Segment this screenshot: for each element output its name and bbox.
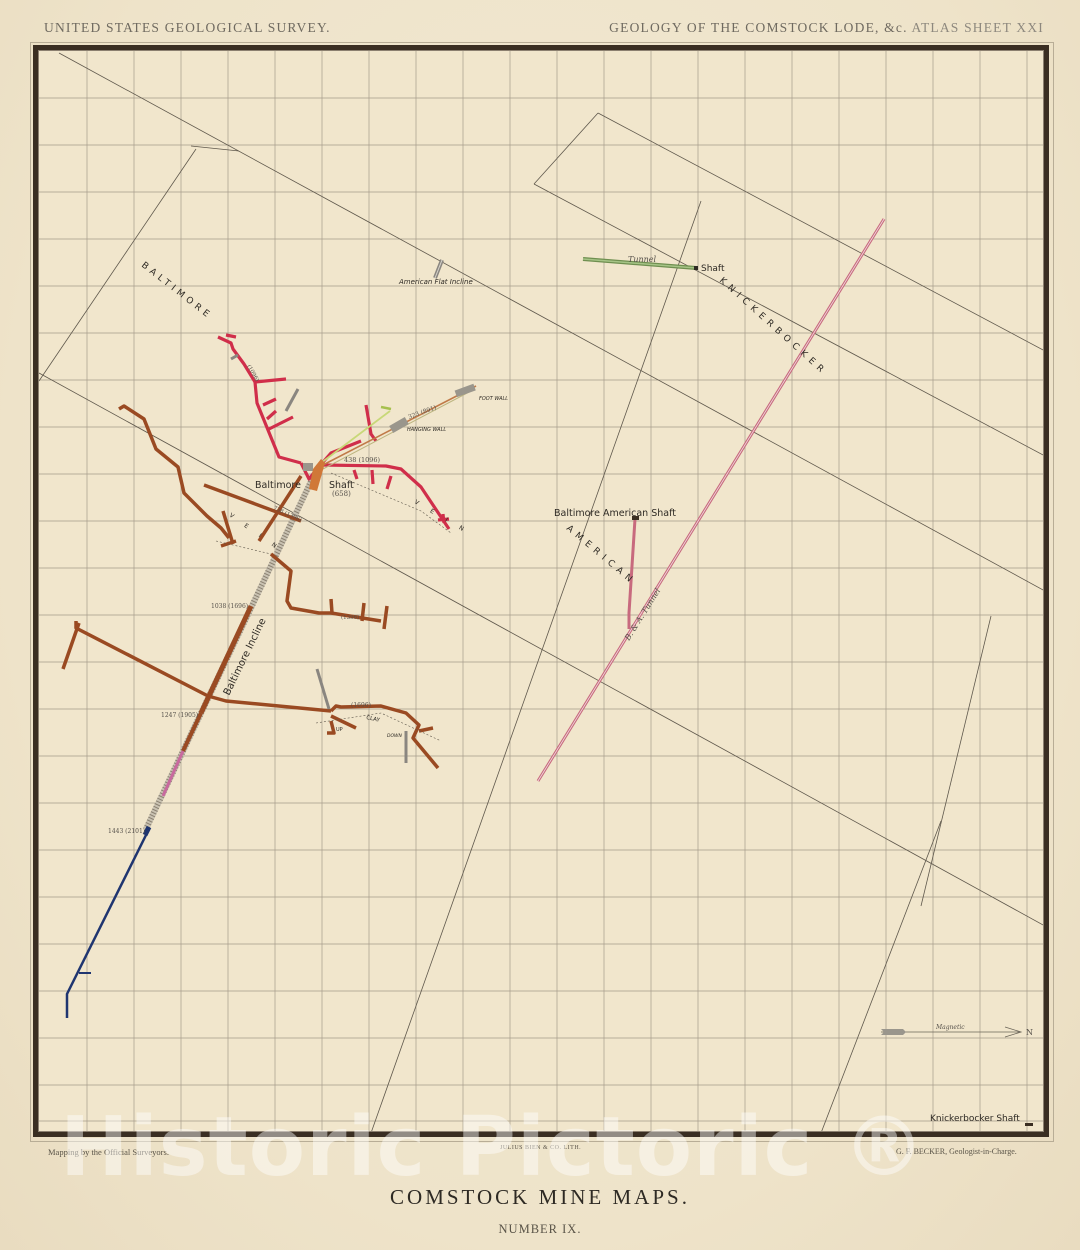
foot-wall-label: FOOT WALL [479,396,508,402]
header-atlas: GEOLOGY OF THE COMSTOCK LODE, &c. ATLAS … [609,20,1044,36]
map-area: Magnetic N B. & A. Tunnel Tunnel Shaft A… [38,50,1044,1132]
mine-map: Magnetic N B. & A. Tunnel Tunnel Shaft A… [39,51,1044,1132]
footer-geologist: G. F. BECKER, Geologist-in-Charge. [896,1147,1017,1156]
hanging-wall-label: HANGING WALL [407,427,446,433]
shaft-label: Shaft [701,264,725,274]
footer-mapping-credit: Mapping by the Official Surveyors. [48,1147,169,1157]
depth-label-323: 323 (891) [407,404,437,421]
map-labels: BALTIMORE KNICKERBOCKER AMERICAN Baltimo… [108,260,1033,1126]
depth-label-1247: 1247 (1905) [161,712,198,719]
map-number: NUMBER IX. [0,1222,1080,1237]
upper-drifts [303,384,476,491]
depth-label-1396: (1396) [341,614,359,621]
knickerbocker-shaft-icon [1025,1123,1033,1126]
depth-label-1696: (1696) [351,702,371,709]
header-geology-title: GEOLOGY OF THE COMSTOCK LODE, &c. [609,20,907,35]
magnetic-north-arrow: Magnetic N [881,1024,1033,1037]
header-survey: UNITED STATES GEOLOGICAL SURVEY. [44,20,331,36]
clay-label: CLAY [366,715,381,724]
winzes [231,355,406,763]
baltimore-shaft-label-1: Baltimore [255,480,301,491]
map-title: COMSTOCK MINE MAPS. [0,1185,1080,1210]
magnetic-label: Magnetic [935,1024,965,1031]
footer-lithographer: JULIUS BIEN & CO. LITH. [500,1145,581,1151]
header-sheet-number: ATLAS SHEET XXI [912,20,1045,35]
ba-tunnel: B. & A. Tunnel [538,219,884,781]
baltimore-claim-label: BALTIMORE [139,260,214,321]
baltimore-incline: Baltimore Incline [146,471,316,829]
baltimore-american-shaft-label: Baltimore American Shaft [554,508,676,519]
up-label: UP [336,727,343,733]
brown-levels [63,406,438,768]
baltimore-shaft-depth: (658) [332,490,351,498]
knickerbocker-shaft-label: Knickerbocker Shaft [930,1114,1020,1124]
grid-lines [39,51,1044,1132]
knickerbocker-claim-label: KNICKERBOCKER [717,276,829,378]
shaft-icon [694,266,698,270]
down-label: DOWN [387,733,402,739]
depth-label-1038: 1038 (1696) [211,603,248,610]
depth-label-438: 438 (1096) [344,456,381,464]
vein-label: V E I N [413,499,470,536]
depth-label-1443: 1443 (2101) [108,828,145,835]
level-2101 [67,827,149,1018]
tunnel-label: Tunnel [628,255,657,264]
american-flat-incline-label: American Flat Incline [398,278,473,286]
claim-boundaries [39,53,1044,1132]
north-label: N [1026,1028,1033,1037]
